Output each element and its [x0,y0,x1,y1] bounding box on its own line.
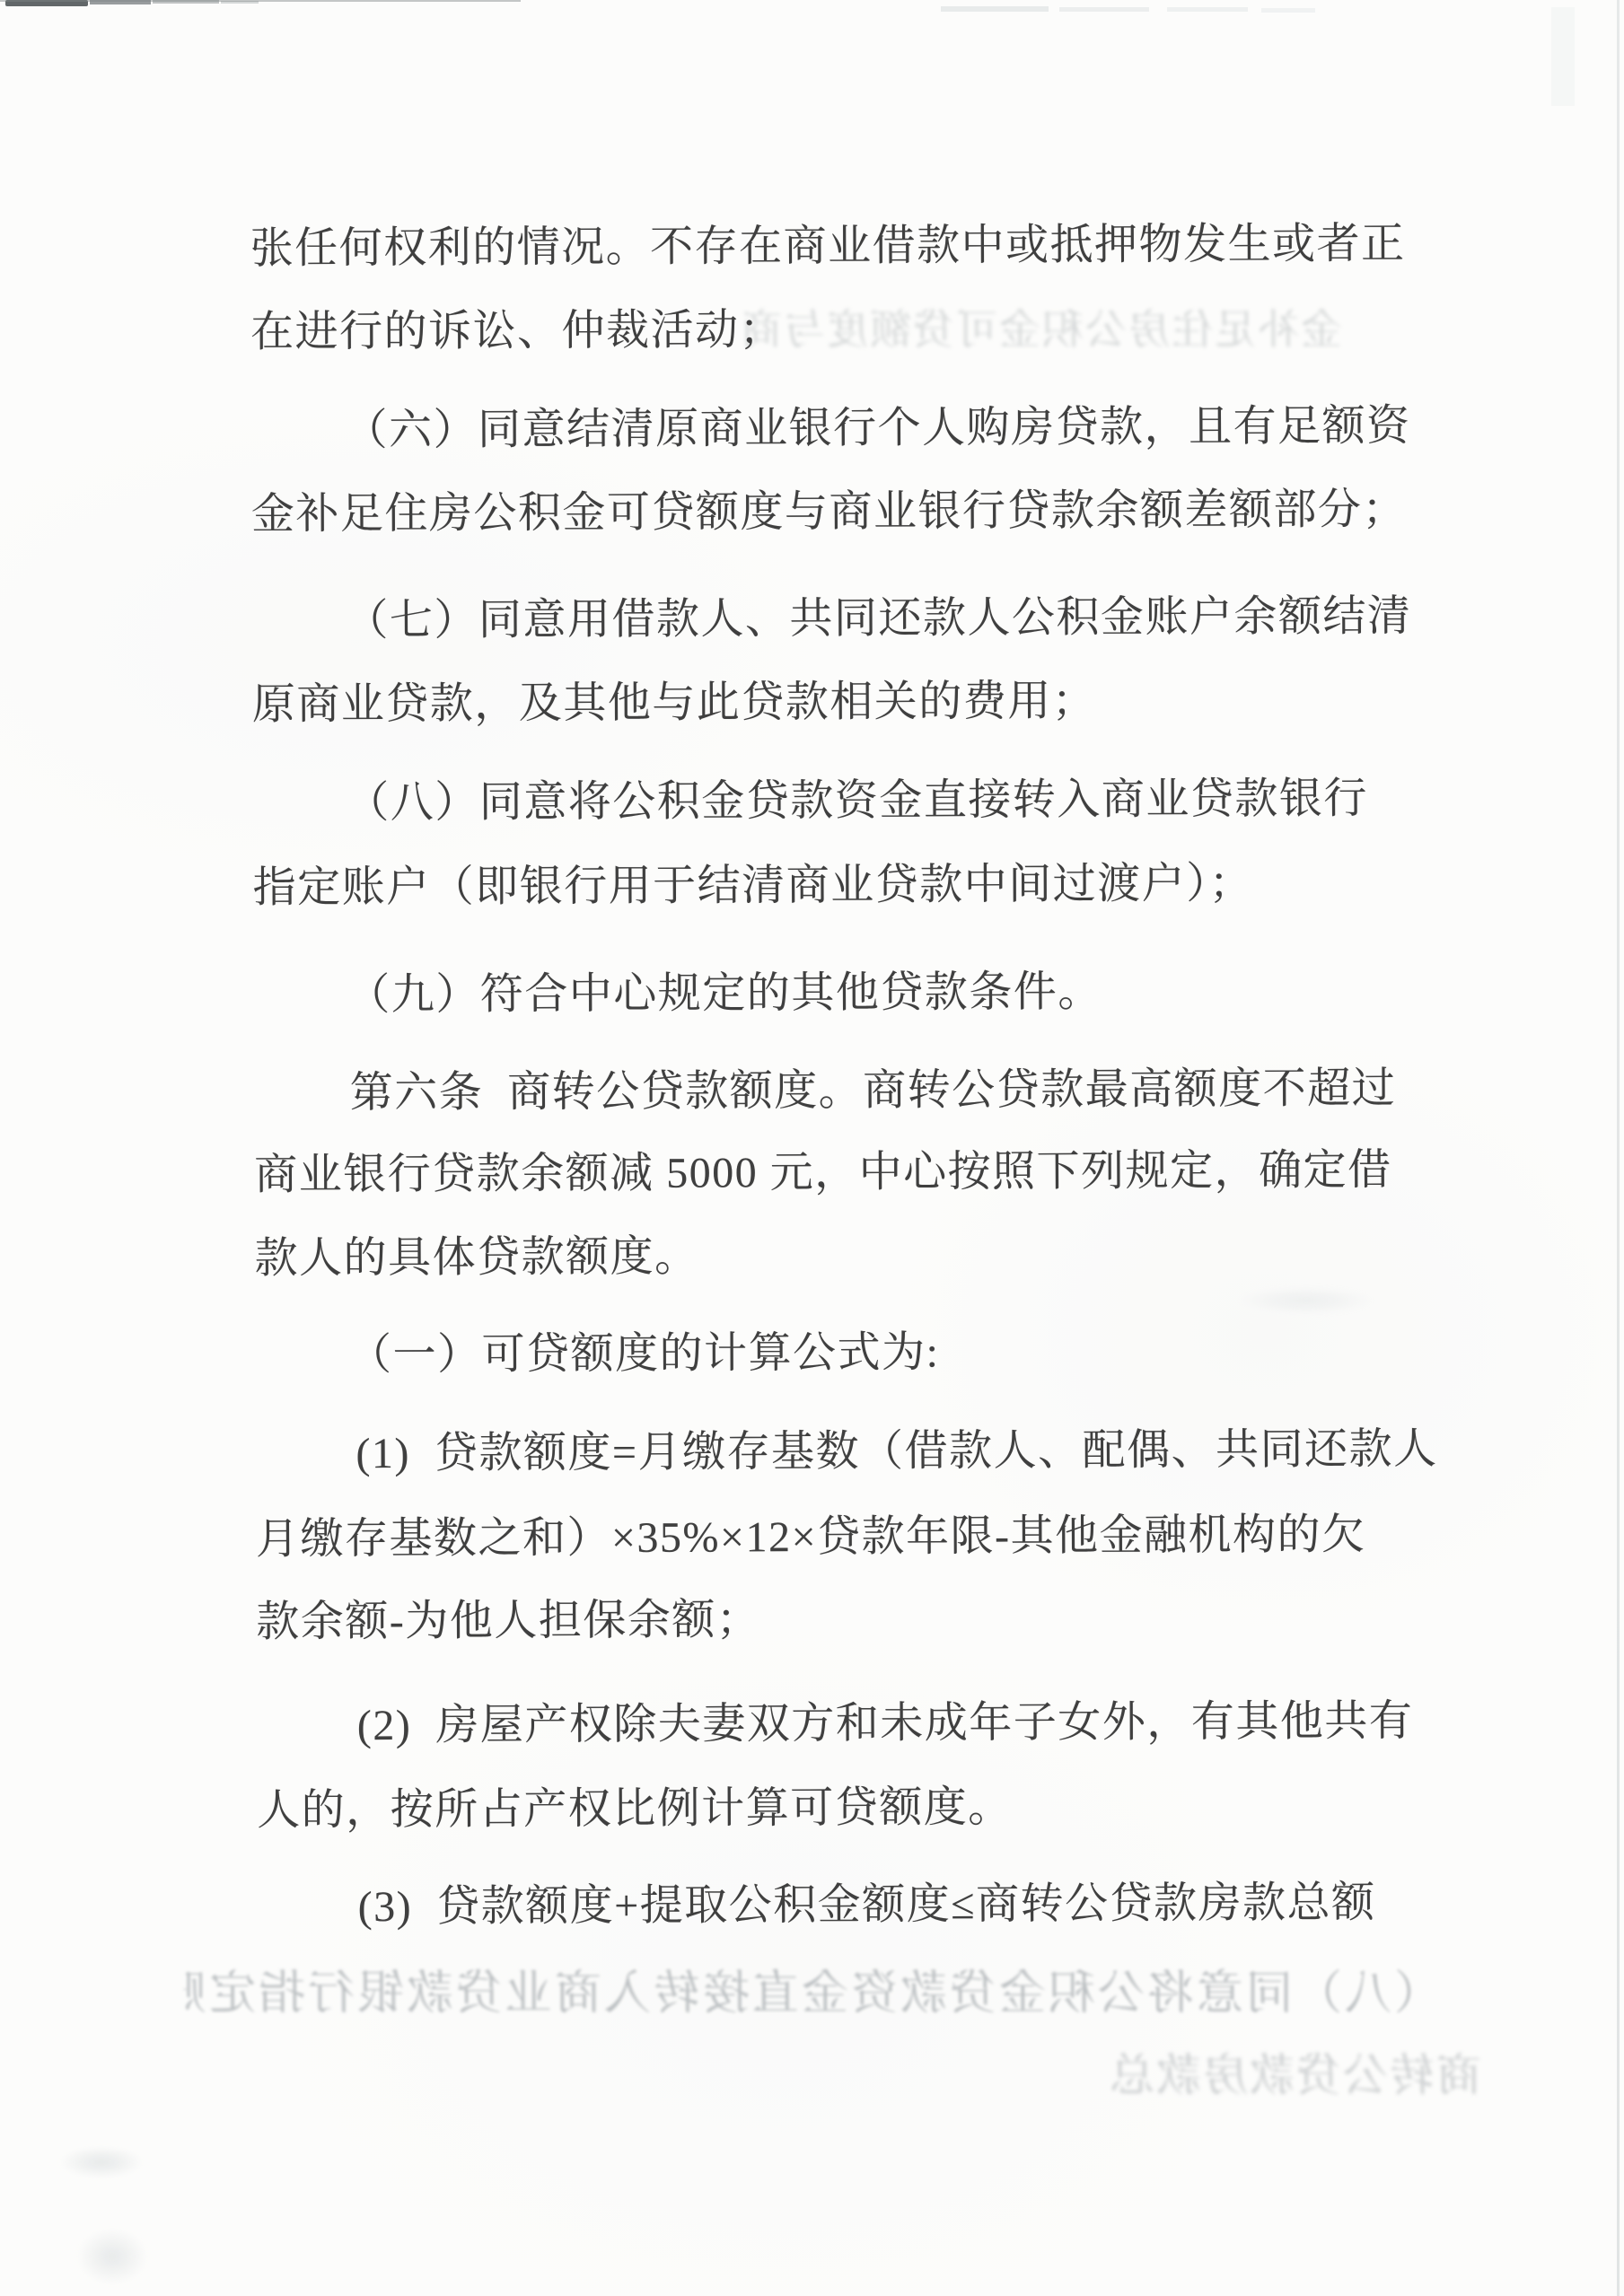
scanned-page: 金补足住房公积金可贷额度与商业银 （八）同意将公积金贷款资金直接转入商业贷款银行… [0,0,1624,2296]
document-line: （六）同意结清原商业银行个人购房贷款，且有足额资 [344,400,1410,457]
document-line: 人的，按所占产权比例计算可贷额度。 [257,1782,1013,1836]
document-line: 第六条 商转公贷款额度。商转公贷款最高额度不超过 [350,1063,1397,1119]
document-line: 款人的具体贷款额度。 [254,1231,698,1285]
document-line: 原商业贷款，及其他与此贷款相关的费用； [252,676,1097,732]
document-line: (1) 贷款额度=月缴存基数（借款人、配偶、共同还款人 [356,1424,1437,1480]
document-line: (2) 房屋产权除夫妻双方和未成年子女外，有其他共有 [357,1696,1414,1752]
document-line: （九）符合中心规定的其他贷款条件。 [347,967,1102,1021]
document-line: 月缴存基数之和）×35%×12×贷款年限-其他金融机构的欠 [256,1509,1366,1565]
document-line: （八）同意将公积金贷款资金直接转入商业贷款银行 [346,773,1368,829]
document-line: （一）可贷额度的计算公式为: [348,1327,940,1380]
document-line: 商业银行贷款余额减 5000 元，中心按照下列规定，确定借 [254,1144,1392,1201]
document-line: 张任何权利的情况。不存在商业借款中或抵押物发生或者正 [250,218,1405,275]
document-line: 金补足住房公积金可贷额度与商业银行贷款余额差额部分； [251,484,1407,540]
document-line: （七）同意用借款人、共同还款人公积金账户余额结清 [345,591,1411,647]
document-line: (3) 贷款额度+提取公积金额度≤商转公贷款房款总额 [358,1877,1376,1933]
document-line: 在进行的诉讼、仲裁活动； [250,304,784,358]
document-line: 款余额-为他人担保余额； [256,1594,760,1648]
document-text-layer: 张任何权利的情况。不存在商业借款中或抵押物发生或者正 在进行的诉讼、仲裁活动； … [0,0,1624,2296]
document-line: 指定账户（即银行用于结清商业贷款中间过渡户）； [253,858,1254,914]
